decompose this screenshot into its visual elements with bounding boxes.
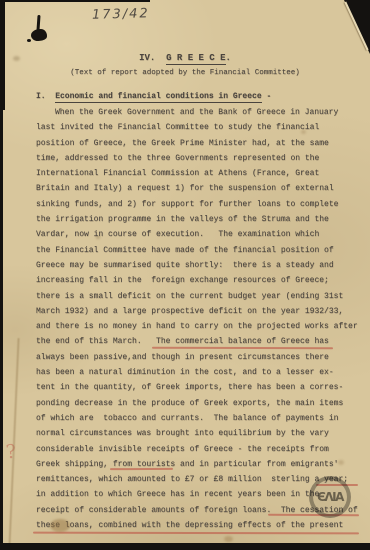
handwritten-archive-number: 173/42 [92,6,150,23]
red-underline-annotation [110,468,173,470]
text-line: the Financial Committee have made of the… [36,243,366,258]
document-title: IV. G R E E C E. [0,53,370,63]
text-line: has been a natural diminution in the cos… [36,365,366,380]
paper-stain [224,536,233,542]
text-line: last invited the Financial Committee to … [36,120,366,135]
document-page: 173/42 IV. G R E E C E. (Text of report … [0,0,370,550]
text-line: always been passive,and though in presen… [36,350,366,365]
text-line: there is a small deficit on the current … [36,289,366,304]
text-line: and there is no money in hand to carry o… [36,319,366,334]
ink-blot [31,29,47,41]
paper-stain [301,130,306,134]
text-line: sinking funds, and 2) for support for fu… [36,197,366,212]
scan-edge [0,543,370,550]
scan-edge [0,0,5,110]
text-line: the irrigation programme in the valleys … [36,212,366,227]
section-heading: I. Economic and financial conditions in … [36,92,271,101]
paper-stain [13,56,20,61]
document-subtitle: (Text of report adopted by the Financial… [0,69,370,77]
margin-question-mark: ? [5,441,17,464]
text-line: International Financial Commission at At… [36,166,366,181]
paper-stain [50,519,70,532]
text-line: position of Greece, the Greek Prime Mini… [36,136,366,151]
paper-stain [96,236,100,239]
archive-stamp: ЄΛΙΑ [309,476,351,518]
text-line: of which are tobacco and currants. The b… [36,411,366,426]
paragraph-lines: When the Greek Government and the Bank o… [36,105,366,533]
text-line: When the Greek Government and the Bank o… [36,105,366,120]
text-line: Britain and Italy) a request 1) for the … [36,181,366,196]
text-line: tent in the quantity, of Greek imports, … [36,380,366,395]
text-line: March 1932) and a large prospective defi… [36,304,366,319]
section-heading-text: Economic and financial conditions in Gre… [55,92,261,103]
ink-blot [27,39,31,42]
text-line: time, addressed to the three Governments… [36,151,366,166]
section-heading-dash: - [262,92,272,101]
text-line: Greece may be summarised quite shortly: … [36,258,366,273]
scan-edge [0,0,150,2]
title-numeral: IV. [139,53,166,63]
red-underline-annotation [33,532,359,535]
title-text: G R E E C E [166,53,225,65]
archive-stamp-monogram: ЄΛΙΑ [317,490,343,504]
text-line: increasing fall in the foreign exchange … [36,273,366,288]
title-period: . [226,53,231,63]
text-line: normal circumstances was brought into eq… [36,426,366,441]
text-line: considerable invisible receipts of Greec… [36,442,366,457]
section-number: I. [36,92,55,101]
paper-stain [338,460,344,465]
text-line: Vardar, now in course of execution. The … [36,227,366,242]
text-line: Greek shipping, from tourists and in par… [36,457,366,472]
text-line: ponding decrease in the produce of Greek… [36,396,366,411]
